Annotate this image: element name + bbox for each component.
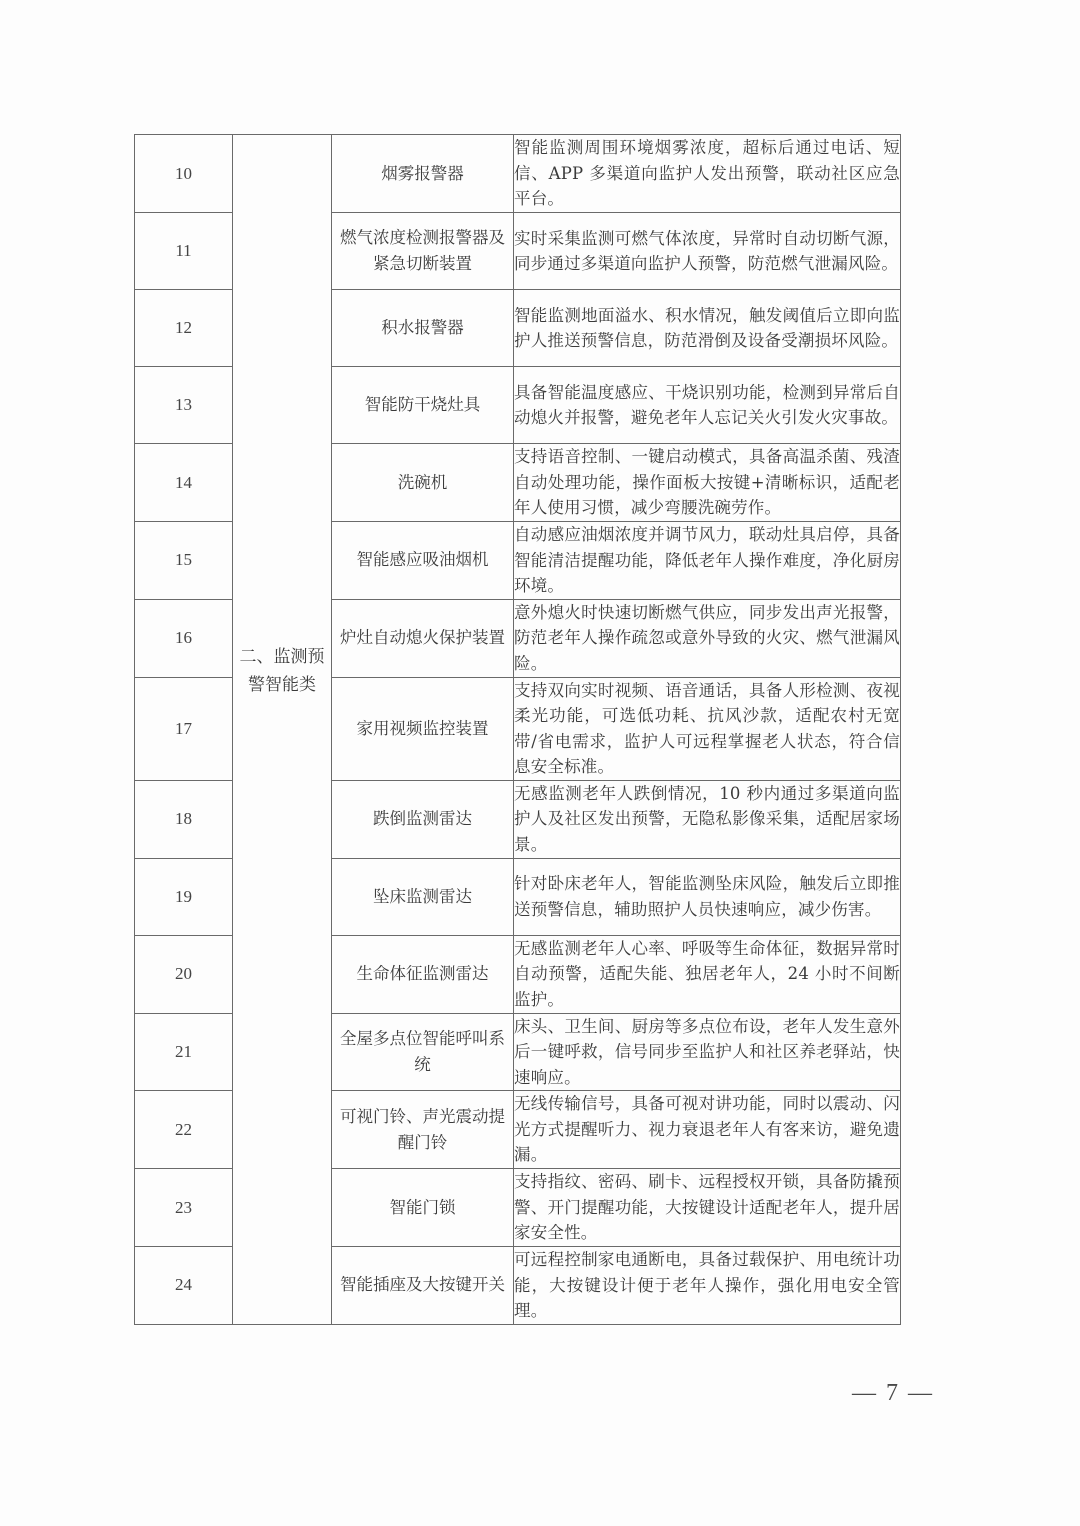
device-description: 支持语音控制、一键启动模式，具备高温杀菌、残渣自动处理功能，操作面板大按键+清晰… xyxy=(514,444,901,522)
device-name: 跌倒监测雷达 xyxy=(332,780,514,858)
item-number: 14 xyxy=(135,444,233,522)
device-name: 全屋多点位智能呼叫系统 xyxy=(332,1013,514,1091)
device-description: 支持指纹、密码、刷卡、远程授权开锁，具备防撬预警、开门提醒功能，大按键设计适配老… xyxy=(514,1169,901,1247)
item-number: 15 xyxy=(135,522,233,600)
device-description: 可远程控制家电通断电，具备过载保护、用电统计功能，大按键设计便于老年人操作，强化… xyxy=(514,1247,901,1325)
device-name: 智能插座及大按键开关 xyxy=(332,1247,514,1325)
item-number: 18 xyxy=(135,780,233,858)
item-number: 24 xyxy=(135,1247,233,1325)
category-label: 二、监测预警智能类 xyxy=(233,643,331,699)
device-name: 家用视频监控装置 xyxy=(332,677,514,780)
device-description: 智能监测周围环境烟雾浓度，超标后通过电话、短信、APP 多渠道向监护人发出预警，… xyxy=(514,135,901,213)
item-number: 21 xyxy=(135,1013,233,1091)
item-number: 17 xyxy=(135,677,233,780)
device-name: 生命体征监测雷达 xyxy=(332,935,514,1013)
page-number: — 7 — xyxy=(838,1380,948,1407)
item-number: 10 xyxy=(135,135,233,213)
item-number: 22 xyxy=(135,1091,233,1169)
device-name: 积水报警器 xyxy=(332,290,514,367)
device-description: 智能监测地面溢水、积水情况，触发阈值后立即向监护人推送预警信息，防范滑倒及设备受… xyxy=(514,290,901,367)
item-number: 19 xyxy=(135,858,233,935)
device-name: 坠床监测雷达 xyxy=(332,858,514,935)
device-description: 床头、卫生间、厨房等多点位布设，老年人发生意外后一键呼救，信号同步至监护人和社区… xyxy=(514,1013,901,1091)
category-cell: 二、监测预警智能类 xyxy=(233,135,332,1325)
device-description: 具备智能温度感应、干烧识别功能，检测到异常后自动熄火并报警，避免老年人忘记关火引… xyxy=(514,367,901,444)
device-name: 烟雾报警器 xyxy=(332,135,514,213)
device-name: 燃气浓度检测报警器及紧急切断装置 xyxy=(332,213,514,290)
device-name: 智能门锁 xyxy=(332,1169,514,1247)
item-number: 20 xyxy=(135,935,233,1013)
item-number: 23 xyxy=(135,1169,233,1247)
device-description: 意外熄火时快速切断燃气供应，同步发出声光报警，防范老年人操作疏忽或意外导致的火灾… xyxy=(514,599,901,677)
device-name: 洗碗机 xyxy=(332,444,514,522)
item-number: 11 xyxy=(135,213,233,290)
table-row: 10二、监测预警智能类烟雾报警器智能监测周围环境烟雾浓度，超标后通过电话、短信、… xyxy=(135,135,901,213)
device-name: 炉灶自动熄火保护装置 xyxy=(332,599,514,677)
device-description: 无感监测老年人心率、呼吸等生命体征，数据异常时自动预警，适配失能、独居老年人，2… xyxy=(514,935,901,1013)
device-name: 智能感应吸油烟机 xyxy=(332,522,514,600)
device-name: 智能防干烧灶具 xyxy=(332,367,514,444)
device-description: 自动感应油烟浓度并调节风力，联动灶具启停，具备智能清洁提醒功能，降低老年人操作难… xyxy=(514,522,901,600)
device-description: 针对卧床老年人，智能监测坠床风险，触发后立即推送预警信息，辅助照护人员快速响应，… xyxy=(514,858,901,935)
device-name: 可视门铃、声光震动提醒门铃 xyxy=(332,1091,514,1169)
device-description: 支持双向实时视频、语音通话，具备人形检测、夜视柔光功能，可选低功耗、抗风沙款，适… xyxy=(514,677,901,780)
item-number: 12 xyxy=(135,290,233,367)
item-number: 13 xyxy=(135,367,233,444)
device-description: 无线传输信号，具备可视对讲功能，同时以震动、闪光方式提醒听力、视力衰退老年人有客… xyxy=(514,1091,901,1169)
item-number: 16 xyxy=(135,599,233,677)
smart-device-table: 10二、监测预警智能类烟雾报警器智能监测周围环境烟雾浓度，超标后通过电话、短信、… xyxy=(134,134,901,1325)
document-page: 10二、监测预警智能类烟雾报警器智能监测周围环境烟雾浓度，超标后通过电话、短信、… xyxy=(0,0,1080,1526)
device-description: 无感监测老年人跌倒情况，10 秒内通过多渠道向监护人及社区发出预警，无隐私影像采… xyxy=(514,780,901,858)
table-body: 10二、监测预警智能类烟雾报警器智能监测周围环境烟雾浓度，超标后通过电话、短信、… xyxy=(135,135,901,1325)
device-description: 实时采集监测可燃气体浓度，异常时自动切断气源，同步通过多渠道向监护人预警，防范燃… xyxy=(514,213,901,290)
